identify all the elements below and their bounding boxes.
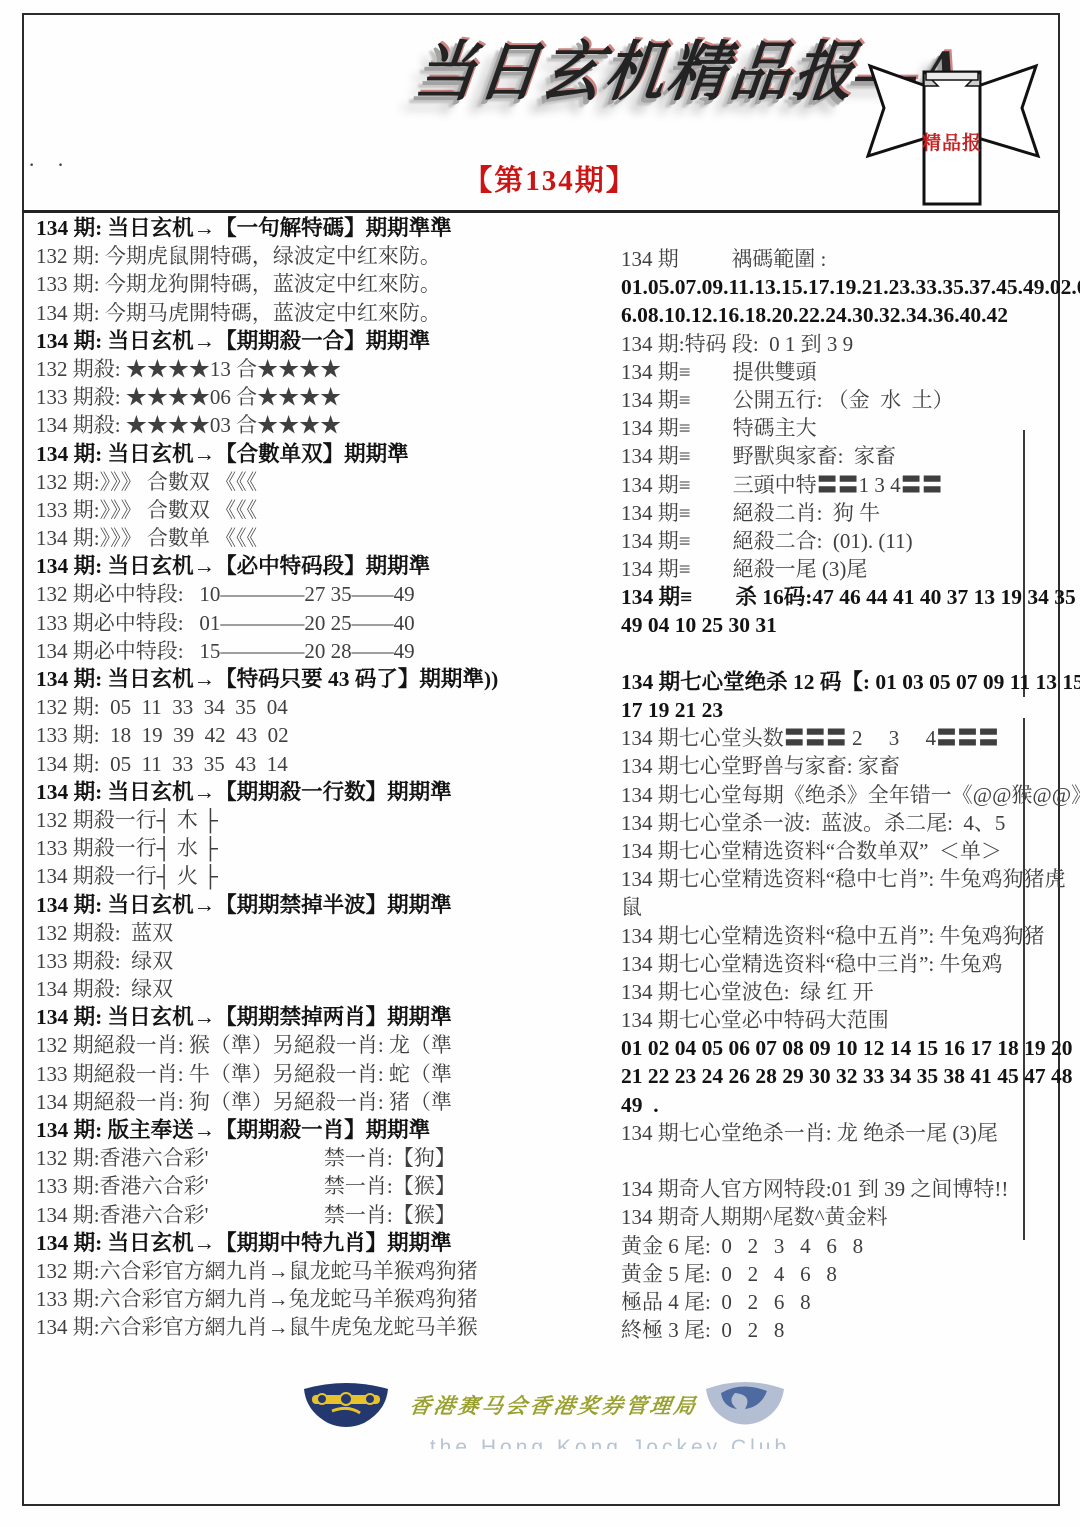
report-line: 134 期: 当日玄机→【一句解特碼】期期準準 [36,214,596,242]
report-line: 132 期殺: 蓝双 [36,919,596,947]
report-line: 134 期≡ 公開五行: （金 水 土） [621,386,1051,414]
report-line: 134 期絕殺一肖: 狗（準）另絕殺一肖: 猪（準 [36,1088,596,1116]
report-line: 134 期:香港六合彩' 禁一肖:【猴】 [36,1201,596,1229]
report-line: 134 期七心堂绝杀 12 码【: 01 03 05 07 09 11 13 1… [621,668,1051,696]
report-line: 134 期:六合彩官方網九肖→鼠牛虎兔龙蛇马羊猴 [36,1313,596,1341]
report-line: 134 期: 当日玄机→【期期禁掉两肖】期期準 [36,1003,596,1031]
report-page: 当日玄机精品报—A · · 【第134期】 精品报 134 期: 当日玄机→【一… [0,0,1080,1527]
report-line: 134 期: 版主奉送→【期期殺一肖】期期準 [36,1116,596,1144]
report-line: 134 期七心堂必中特码大范围 [621,1006,1051,1034]
header-divider [22,210,1058,213]
report-line: 134 期七心堂精选资料“稳中五肖”: 牛兔鸡狗猪 [621,922,1051,950]
report-line: 133 期殺一行┤ 水 ├ [36,834,596,862]
report-line: 134 期: 当日玄机→【必中特码段】期期準 [36,552,596,580]
report-line: 134 期: 当日玄机→【期期中特九肖】期期準 [36,1229,596,1257]
report-line: 133 期:六合彩官方網九肖→兔龙蛇马羊猴鸡狗猪 [36,1285,596,1313]
report-line: 134 期七心堂每期《绝杀》全年错一《@@猴@@》 [621,781,1051,809]
report-line: 01 02 04 05 06 07 08 09 10 12 14 15 16 1… [621,1034,1051,1062]
report-line: 134 期: 当日玄机→【期期禁掉半波】期期準 [36,891,596,919]
report-line: 134 期:特码 段: 0 1 到 3 9 [621,330,1051,358]
report-line: 134 期七心堂精选资料“稳中三肖”: 牛兔鸡 [621,950,1051,978]
report-line: 黄金 6 尾: 0 2 3 4 6 8 [621,1232,1051,1260]
report-line: 134 期: 当日玄机→【特码只要 43 码了】期期準)) [36,665,596,693]
report-line: 鼠 [621,893,1051,921]
left-column: 134 期: 当日玄机→【一句解特碼】期期準準132 期: 今期虎鼠開特碼，绿波… [36,214,596,1342]
report-line: 134 期: 今期马虎開特碼，蓝波定中红來防。 [36,299,596,327]
report-line: 132 期絕殺一肖: 猴（準）另絕殺一肖: 龙（準 [36,1031,596,1059]
report-line: 134 期 禑碼範圍 : [621,245,1051,273]
hkjc-logo-icon [298,1381,394,1431]
report-line: 134 期≡ 絕殺二肖: 狗 牛 [621,499,1051,527]
report-line: 132 期:》》》 合數双 《《《 [36,468,596,496]
globe-logo-icon [701,1379,789,1429]
report-line: 132 期: 今期虎鼠開特碼，绿波定中红來防。 [36,242,596,270]
report-line: 134 期七心堂绝杀一肖: 龙 绝杀一尾 (3)尾 [621,1119,1051,1147]
report-line: 134 期≡ 三頭中特〓〓1 3 4〓〓 [621,471,1051,499]
corner-dots: · · [28,152,72,178]
report-line: 133 期必中特段: 01————20 25——40 [36,609,596,637]
report-line: 134 期七心堂野兽与家畜: 家畜 [621,752,1051,780]
report-line: 134 期七心堂精选资料“合数单双” ＜单＞ [621,837,1051,865]
report-line: 134 期七心堂杀一波: 蓝波。杀二尾: 4、5 [621,809,1051,837]
report-line: 134 期: 当日玄机→【期期殺一行数】期期準 [36,778,596,806]
report-line [621,640,1051,668]
org-name: 香港赛马会香港奖券管理局 [408,1390,672,1420]
right-column: 134 期 禑碼範圍 :01.05.07.09.11.13.15.17.19.2… [621,245,1051,1344]
report-line: 134 期≡ 杀 16码:47 46 44 41 40 37 13 19 34 … [621,583,1051,611]
report-line: 134 期: 当日玄机→【期期殺一合】期期準 [36,327,596,355]
report-line: 134 期≡ 絕殺二合: (01). (11) [621,527,1051,555]
report-line: 134 期殺: ★★★★03 合★★★★ [36,411,596,439]
report-line: 133 期: 今期龙狗開特碼，蓝波定中红來防。 [36,270,596,298]
report-line: 133 期絕殺一肖: 牛（準）另絕殺一肖: 蛇（準 [36,1060,596,1088]
report-line: 17 19 21 23 [621,696,1051,724]
report-line: 134 期:》》》 合數单 《《《 [36,524,596,552]
report-line: 132 期:香港六合彩' 禁一肖:【狗】 [36,1144,596,1172]
report-line: 134 期必中特段: 15————20 28——49 [36,637,596,665]
report-line: 132 期殺一行┤ 木 ├ [36,806,596,834]
report-line: 132 期:六合彩官方網九肖→鼠龙蛇马羊猴鸡狗猪 [36,1257,596,1285]
badge-label: 精品报 [916,128,988,155]
report-line [621,1147,1051,1175]
report-line: 134 期七心堂头数〓〓〓 2 3 4〓〓〓 [621,724,1051,752]
report-line: 極品 4 尾: 0 2 6 8 [621,1288,1051,1316]
report-line: 134 期: 当日玄机→【合數单双】期期準 [36,440,596,468]
report-line: 133 期: 18 19 39 42 43 02 [36,721,596,749]
report-line: 132 期殺: ★★★★13 合★★★★ [36,355,596,383]
report-line: 黄金 5 尾: 0 2 4 6 8 [621,1260,1051,1288]
report-line: 132 期: 05 11 33 34 35 04 [36,693,596,721]
issue-number: 【第134期】 [400,158,700,199]
report-line: 134 期七心堂精选资料“稳中七肖”: 牛兔鸡狗猪虎 [621,865,1051,893]
report-line: 133 期:》》》 合數双 《《《 [36,496,596,524]
report-line: 134 期≡ 特碼主大 [621,414,1051,442]
report-line: 134 期殺: 绿双 [36,975,596,1003]
report-line: 134 期≡ 提供雙頭 [621,358,1051,386]
report-line: 21 22 23 24 26 28 29 30 32 33 34 35 38 4… [621,1062,1051,1090]
report-line: 01.05.07.09.11.13.15.17.19.21.23.33.35.3… [621,273,1051,301]
report-line: 134 期奇人官方网特段:01 到 39 之间博特!! [621,1175,1051,1203]
report-line: 134 期: 05 11 33 35 43 14 [36,750,596,778]
report-line: 49 . [621,1091,1051,1119]
report-line: 134 期七心堂波色: 绿 红 开 [621,978,1051,1006]
report-line: 終極 3 尾: 0 2 8 [621,1316,1051,1344]
report-line: 134 期奇人期期^尾数^黄金料 [621,1203,1051,1231]
report-line: 134 期殺一行┤ 火 ├ [36,862,596,890]
report-line: 6.08.10.12.16.18.20.22.24.30.32.34.36.40… [621,301,1051,329]
report-line: 49 04 10 25 30 31 [621,611,1051,639]
report-line: 133 期殺: 绿双 [36,947,596,975]
report-line: 134 期≡ 野獸與家畜: 家畜 [621,442,1051,470]
report-line: 132 期必中特段: 10————27 35——49 [36,580,596,608]
report-line: 134 期≡ 絕殺一尾 (3)尾 [621,555,1051,583]
watermark-text: the Hong Kong Jockey Club [380,1436,840,1449]
report-line: 133 期殺: ★★★★06 合★★★★ [36,383,596,411]
report-line: 133 期:香港六合彩' 禁一肖:【猴】 [36,1172,596,1200]
